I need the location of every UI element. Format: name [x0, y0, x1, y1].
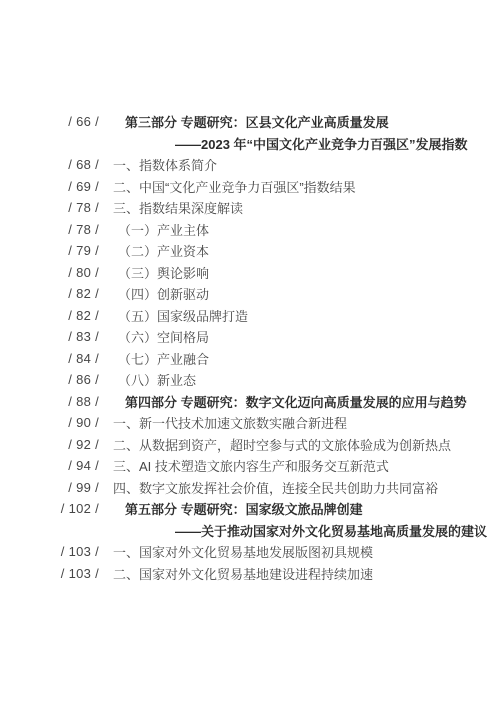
toc-row: / 82 / （五）国家级品牌打造 — [0, 305, 500, 327]
toc-entry-label: （七）产业融合 — [118, 349, 209, 368]
toc-row: ——2023 年“中国文化产业竞争力百强区”发展指数 — [0, 133, 500, 155]
toc-row: / 82 / （四）创新驱动 — [0, 283, 500, 305]
toc-page-number: / 88 / — [0, 394, 99, 409]
toc-row: ——关于推动国家对外文化贸易基地高质量发展的建议 — [0, 520, 500, 542]
toc-entry-label: 三、AI 技术塑造文旅内容生产和服务交互新范式 — [113, 456, 389, 475]
toc-page-number: / 82 / — [0, 286, 99, 301]
toc-row: / 102 / 第五部分 专题研究：国家级文旅品牌创建 — [0, 498, 500, 520]
toc-page-number: / 84 / — [0, 351, 99, 366]
toc-page-number: / 68 / — [0, 157, 99, 172]
toc-entry-label: 一、指数体系简介 — [113, 155, 217, 174]
toc-row: / 103 / 一、国家对外文化贸易基地发展版图初具规模 — [0, 541, 500, 563]
toc-entry-label: 第三部分 专题研究：区县文化产业高质量发展 — [125, 112, 389, 131]
toc-row: / 79 / （二）产业资本 — [0, 240, 500, 262]
toc-row: / 78 / 三、指数结果深度解读 — [0, 197, 500, 219]
toc-entry-label: 三、指数结果深度解读 — [113, 198, 243, 217]
document-page: / 66 / 第三部分 专题研究：区县文化产业高质量发展 ——2023 年“中国… — [0, 0, 500, 703]
toc-entry-label: 四、数字文旅发挥社会价值，连接全民共创助力共同富裕 — [113, 478, 438, 497]
toc-entry-label: 第五部分 专题研究：国家级文旅品牌创建 — [125, 499, 363, 518]
toc-row: / 94 / 三、AI 技术塑造文旅内容生产和服务交互新范式 — [0, 455, 500, 477]
toc-entry-label: （四）创新驱动 — [118, 284, 209, 303]
toc-page-number: / 78 / — [0, 222, 99, 237]
toc-page-number: / 94 / — [0, 458, 99, 473]
toc-row: / 99 / 四、数字文旅发挥社会价值，连接全民共创助力共同富裕 — [0, 477, 500, 499]
toc-page-number: / 78 / — [0, 200, 99, 215]
toc-page-number: / 79 / — [0, 243, 99, 258]
toc-row: / 78 / （一）产业主体 — [0, 219, 500, 241]
toc-row: / 103 / 二、国家对外文化贸易基地建设进程持续加速 — [0, 563, 500, 585]
toc-page-number: / 102 / — [0, 501, 99, 516]
toc-entry-label: 一、新一代技术加速文旅数实融合新进程 — [113, 413, 347, 432]
toc-row: / 83 / （六）空间格局 — [0, 326, 500, 348]
toc-row: / 92 / 二、从数据到资产，超时空参与式的文旅体验成为创新热点 — [0, 434, 500, 456]
toc-page-number: / 83 / — [0, 329, 99, 344]
toc-entry-label: ——关于推动国家对外文化贸易基地高质量发展的建议 — [175, 521, 487, 540]
toc-page-number: / 80 / — [0, 265, 99, 280]
toc-entry-label: （六）空间格局 — [118, 327, 209, 346]
toc-row: / 66 / 第三部分 专题研究：区县文化产业高质量发展 — [0, 111, 500, 133]
toc-entry-label: （三）舆论影响 — [118, 263, 209, 282]
toc-entry-label: 第四部分 专题研究：数字文化迈向高质量发展的应用与趋势 — [125, 392, 467, 411]
toc-row: / 68 / 一、指数体系简介 — [0, 154, 500, 176]
toc-list: / 66 / 第三部分 专题研究：区县文化产业高质量发展 ——2023 年“中国… — [0, 111, 500, 584]
toc-page-number: / 86 / — [0, 372, 99, 387]
toc-entry-label: 二、中国“文化产业竞争力百强区”指数结果 — [113, 177, 356, 196]
toc-row: / 84 / （七）产业融合 — [0, 348, 500, 370]
toc-page-number: / 69 / — [0, 179, 99, 194]
toc-entry-label: （八）新业态 — [118, 370, 196, 389]
toc-page-number: / 82 / — [0, 308, 99, 323]
toc-entry-label: ——2023 年“中国文化产业竞争力百强区”发展指数 — [175, 134, 468, 153]
toc-page-number: / 99 / — [0, 480, 99, 495]
toc-entry-label: （一）产业主体 — [118, 220, 209, 239]
toc-page-number: / 103 / — [0, 566, 99, 581]
toc-row: / 80 / （三）舆论影响 — [0, 262, 500, 284]
toc-entry-label: （二）产业资本 — [118, 241, 209, 260]
toc-entry-label: 一、国家对外文化贸易基地发展版图初具规模 — [113, 542, 373, 561]
toc-entry-label: 二、从数据到资产，超时空参与式的文旅体验成为创新热点 — [113, 435, 451, 454]
toc-row: / 86 / （八）新业态 — [0, 369, 500, 391]
toc-row: / 90 / 一、新一代技术加速文旅数实融合新进程 — [0, 412, 500, 434]
toc-row: / 88 / 第四部分 专题研究：数字文化迈向高质量发展的应用与趋势 — [0, 391, 500, 413]
toc-entry-label: 二、国家对外文化贸易基地建设进程持续加速 — [113, 564, 373, 583]
toc-page-number: / 66 / — [0, 114, 99, 129]
toc-page-number: / 103 / — [0, 544, 99, 559]
toc-page-number: / 90 / — [0, 415, 99, 430]
toc-entry-label: （五）国家级品牌打造 — [118, 306, 248, 325]
toc-page-number: / 92 / — [0, 437, 99, 452]
toc-row: / 69 / 二、中国“文化产业竞争力百强区”指数结果 — [0, 176, 500, 198]
